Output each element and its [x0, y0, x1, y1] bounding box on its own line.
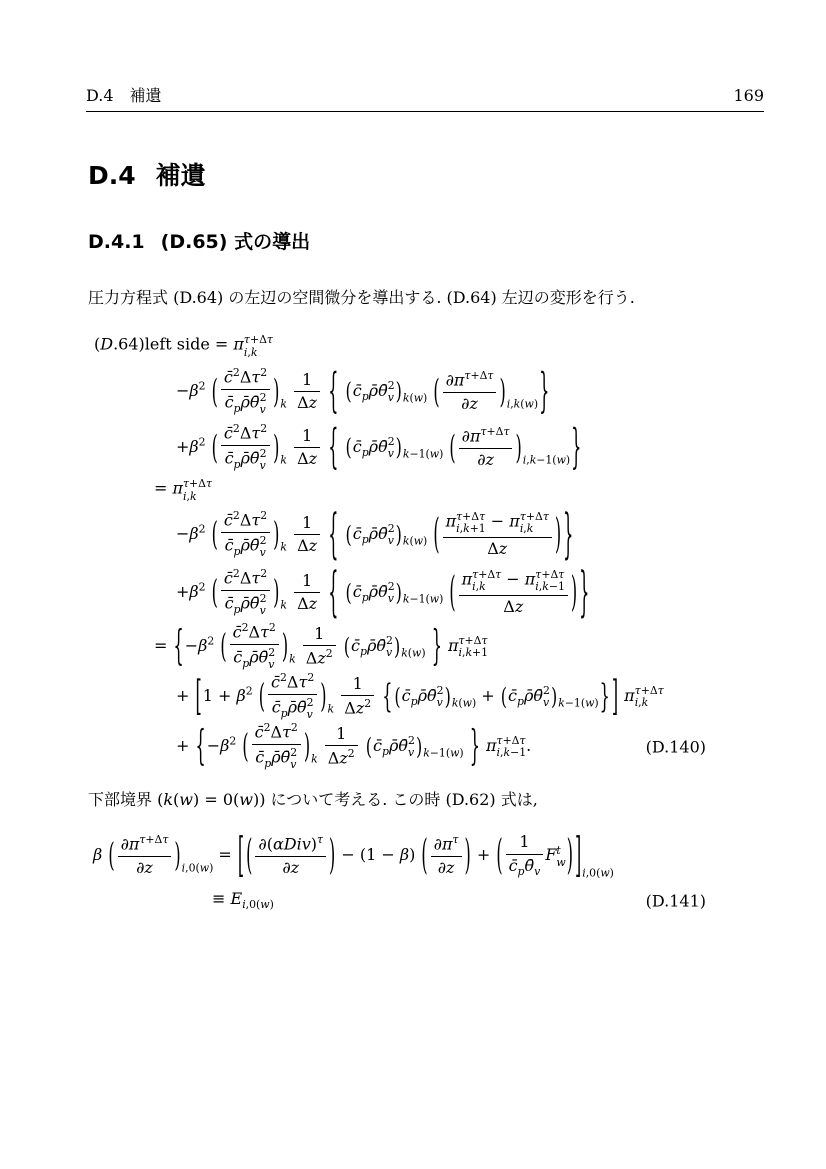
- running-head-title: D.4 補遺: [86, 83, 162, 106]
- equation-141: β (∂πτ+Δτ∂z)i,0(w) = [(∂(αDiv)τ∂z) − (1 …: [88, 828, 762, 916]
- subsection-title: (D.65) 式の導出: [161, 231, 310, 253]
- eq140-line5: −β2 (c̄2Δτ2c̄pρ̄θ̄2v)k 1Δz { (c̄pρ̄θ̄2v)…: [88, 506, 762, 564]
- eq140-line3-math: +β2 (c̄2Δτ2c̄pρ̄θ̄2v)k 1Δz { (c̄pρ̄θ̄2v)…: [176, 423, 582, 472]
- eq140-line8: + [1 + β2 (c̄2Δτ2c̄pρ̄θ̄2v)k 1Δz2 {(c̄pρ…: [88, 672, 762, 722]
- section-title: 補遺: [156, 161, 206, 190]
- eq140-line6-math: +β2 (c̄2Δτ2c̄pρ̄θ̄2v)k 1Δz { (c̄pρ̄θ̄2v)…: [176, 568, 590, 617]
- eq140-line7: = {−β2 (c̄2Δτ2c̄pρ̄θ̄2v)k 1Δz2 (c̄pρ̄θ̄2…: [88, 622, 762, 672]
- eq141-line2: ≡ Ei,0(w) (D.141): [88, 886, 762, 916]
- document-page: D.4 補遺 169 D.4補遺 D.4.1(D.65) 式の導出 圧力方程式 …: [0, 0, 826, 1169]
- eq140-line4-math: = πτ+Δτi,k: [154, 478, 212, 502]
- eq141-line2-math: ≡ Ei,0(w): [212, 889, 274, 911]
- section-heading: D.4補遺: [88, 162, 762, 191]
- subsection-heading: D.4.1(D.65) 式の導出: [88, 231, 762, 254]
- paragraph-intro: 圧力方程式 (D.64) の左辺の空間微分を導出する. (D.64) 左辺の変形…: [88, 286, 762, 310]
- eq140-line1: (D.64)left side = πτ+Δτi,k: [88, 330, 762, 364]
- eq140-line4: = πτ+Δτi,k: [88, 476, 762, 506]
- paragraph-boundary: 下部境界 (k(w) = 0(w)) について考える. この時 (D.62) 式…: [88, 788, 762, 812]
- section-number: D.4: [88, 161, 136, 190]
- eq140-line9: + {−β2 (c̄2Δτ2c̄pρ̄θ̄2v)k 1Δz2 (c̄pρ̄θ̄2…: [88, 722, 762, 772]
- eq140-line3: +β2 (c̄2Δτ2c̄pρ̄θ̄2v)k 1Δz { (c̄pρ̄θ̄2v)…: [88, 420, 762, 476]
- eq140-line8-math: + [1 + β2 (c̄2Δτ2c̄pρ̄θ̄2v)k 1Δz2 {(c̄pρ…: [176, 672, 664, 721]
- eq140-line7-math: = {−β2 (c̄2Δτ2c̄pρ̄θ̄2v)k 1Δz2 (c̄pρ̄θ̄2…: [154, 622, 488, 671]
- eq140-line1-math: (D.64)left side = πτ+Δτi,k: [94, 334, 273, 358]
- eq140-line2-math: −β2 (c̄2Δτ2c̄pρ̄θ̄2v)k 1Δz { (c̄pρ̄θ̄2v)…: [176, 367, 550, 416]
- eq141-line1-math: β (∂πτ+Δτ∂z)i,0(w) = [(∂(αDiv)τ∂z) − (1 …: [93, 833, 614, 879]
- eq140-line2: −β2 (c̄2Δτ2c̄pρ̄θ̄2v)k 1Δz { (c̄pρ̄θ̄2v)…: [88, 364, 762, 420]
- equation-number-141: (D.141): [646, 891, 706, 910]
- equation-140: (D.64)left side = πτ+Δτi,k −β2 (c̄2Δτ2c̄…: [88, 330, 762, 772]
- eq140-line6: +β2 (c̄2Δτ2c̄pρ̄θ̄2v)k 1Δz { (c̄pρ̄θ̄2v)…: [88, 564, 762, 622]
- eq140-line9-math: + {−β2 (c̄2Δτ2c̄pρ̄θ̄2v)k 1Δz2 (c̄pρ̄θ̄2…: [176, 722, 531, 771]
- eq141-line1: β (∂πτ+Δτ∂z)i,0(w) = [(∂(αDiv)τ∂z) − (1 …: [88, 828, 762, 886]
- equation-number-140: (D.140): [646, 737, 706, 756]
- subsection-number: D.4.1: [88, 231, 145, 253]
- eq140-line5-math: −β2 (c̄2Δτ2c̄pρ̄θ̄2v)k 1Δz { (c̄pρ̄θ̄2v)…: [176, 510, 574, 559]
- running-head: D.4 補遺 169: [86, 83, 764, 112]
- page-body: D.4補遺 D.4.1(D.65) 式の導出 圧力方程式 (D.64) の左辺の…: [0, 0, 826, 916]
- page-number: 169: [733, 86, 764, 105]
